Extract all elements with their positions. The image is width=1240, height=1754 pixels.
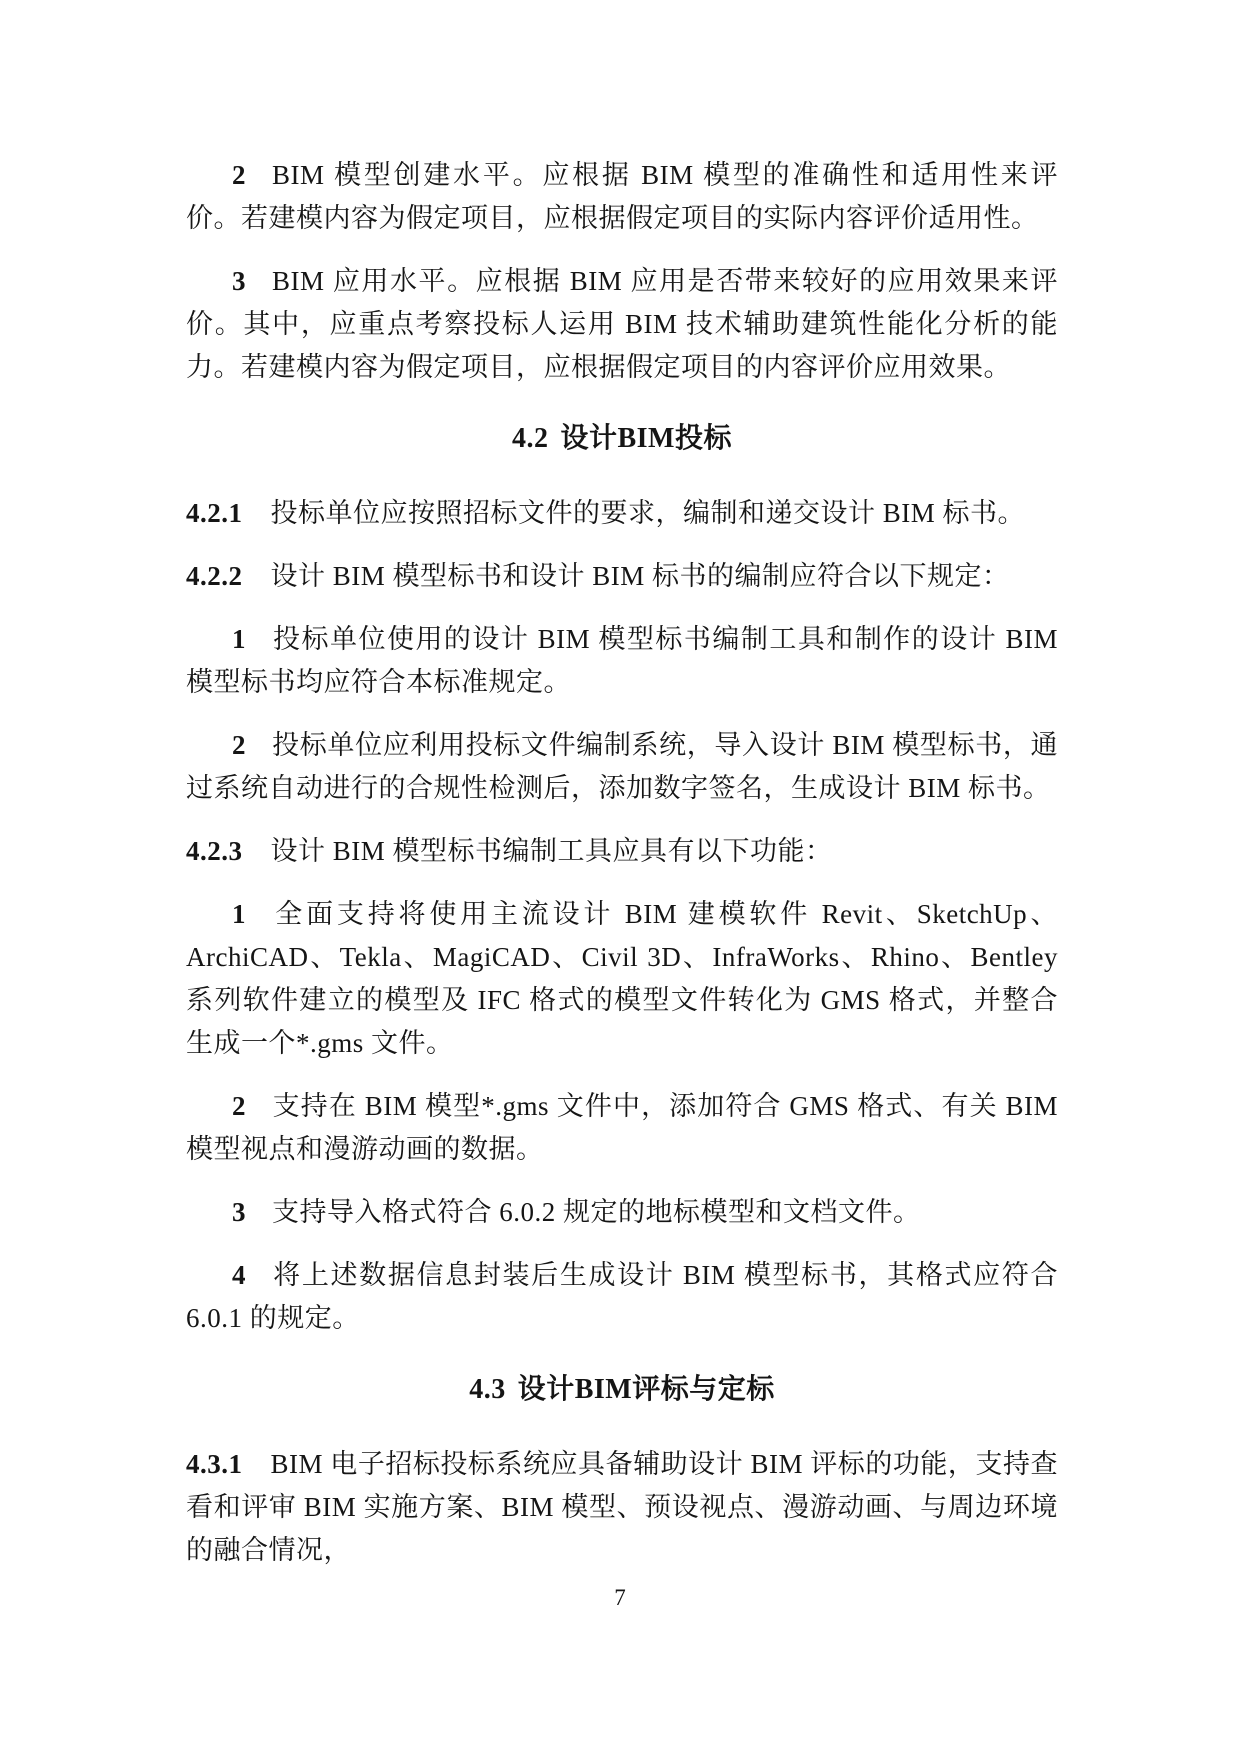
item-number: 4 — [232, 1260, 246, 1290]
paragraph-text: BIM 应用水平。应根据 BIM 应用是否带来较好的应用效果来评价。其中，应重点… — [186, 266, 1058, 382]
paragraph-text: 支持导入格式符合 6.0.2 规定的地标模型和文档文件。 — [272, 1197, 921, 1227]
item-number: 2 — [232, 730, 246, 760]
section-number: 4.2 — [512, 423, 549, 454]
paragraph-text: 支持在 BIM 模型*.gms 文件中，添加符合 GMS 格式、有关 BIM 模… — [186, 1091, 1058, 1164]
item-number: 1 — [232, 899, 246, 929]
paragraph-text: 投标单位应按照招标文件的要求，编制和递交设计 BIM 标书。 — [271, 498, 1026, 528]
section-title: 设计BIM投标 — [560, 423, 732, 454]
clause-paragraph: 4.3.1BIM 电子招标投标系统应具备辅助设计 BIM 评标的功能，支持查看和… — [186, 1443, 1058, 1572]
paragraph-text: 全面支持将使用主流设计 BIM 建模软件 Revit、SketchUp、Arch… — [186, 899, 1058, 1058]
section-heading: 4.3设计BIM评标与定标 — [186, 1368, 1058, 1411]
paragraph-text: BIM 模型创建水平。应根据 BIM 模型的准确性和适用性来评价。若建模内容为假… — [186, 160, 1058, 233]
clause-number: 4.2.2 — [186, 561, 243, 591]
numbered-item: 3支持导入格式符合 6.0.2 规定的地标模型和文档文件。 — [186, 1191, 1058, 1234]
paragraph-text: BIM 电子招标投标系统应具备辅助设计 BIM 评标的功能，支持查看和评审 BI… — [186, 1449, 1058, 1565]
numbered-item: 2投标单位应利用投标文件编制系统，导入设计 BIM 模型标书，通过系统自动进行的… — [186, 724, 1058, 810]
section-title: 设计BIM评标与定标 — [518, 1374, 775, 1405]
clause-paragraph: 4.2.2设计 BIM 模型标书和设计 BIM 标书的编制应符合以下规定： — [186, 555, 1058, 598]
item-number: 2 — [232, 1091, 246, 1121]
paragraph-text: 设计 BIM 模型标书和设计 BIM 标书的编制应符合以下规定： — [271, 561, 1010, 591]
page-footer: 7 — [0, 1583, 1240, 1613]
numbered-item: 2支持在 BIM 模型*.gms 文件中，添加符合 GMS 格式、有关 BIM … — [186, 1085, 1058, 1171]
numbered-item: 1全面支持将使用主流设计 BIM 建模软件 Revit、SketchUp、Arc… — [186, 893, 1058, 1065]
item-number: 2 — [232, 160, 246, 190]
item-number: 3 — [232, 1197, 246, 1227]
numbered-item: 3BIM 应用水平。应根据 BIM 应用是否带来较好的应用效果来评价。其中，应重… — [186, 260, 1058, 389]
paragraph-text: 设计 BIM 模型标书编制工具应具有以下功能： — [271, 836, 833, 866]
numbered-item: 4将上述数据信息封装后生成设计 BIM 模型标书，其格式应符合 6.0.1 的规… — [186, 1254, 1058, 1340]
numbered-item: 1投标单位使用的设计 BIM 模型标书编制工具和制作的设计 BIM 模型标书均应… — [186, 618, 1058, 704]
paragraph-text: 将上述数据信息封装后生成设计 BIM 模型标书，其格式应符合 6.0.1 的规定… — [186, 1260, 1058, 1333]
document-content: 2BIM 模型创建水平。应根据 BIM 模型的准确性和适用性来评价。若建模内容为… — [186, 0, 1058, 1592]
document-page: 2BIM 模型创建水平。应根据 BIM 模型的准确性和适用性来评价。若建模内容为… — [0, 0, 1240, 1754]
item-number: 3 — [232, 266, 246, 296]
section-heading: 4.2设计BIM投标 — [186, 417, 1058, 460]
item-number: 1 — [232, 624, 246, 654]
paragraph-text: 投标单位使用的设计 BIM 模型标书编制工具和制作的设计 BIM 模型标书均应符… — [186, 624, 1058, 697]
clause-number: 4.2.3 — [186, 836, 243, 866]
clause-paragraph: 4.2.3设计 BIM 模型标书编制工具应具有以下功能： — [186, 830, 1058, 873]
clause-number: 4.2.1 — [186, 498, 243, 528]
page-number: 7 — [614, 1585, 626, 1610]
paragraph-text: 投标单位应利用投标文件编制系统，导入设计 BIM 模型标书，通过系统自动进行的合… — [186, 730, 1058, 803]
clause-paragraph: 4.2.1投标单位应按照招标文件的要求，编制和递交设计 BIM 标书。 — [186, 492, 1058, 535]
clause-number: 4.3.1 — [186, 1449, 243, 1479]
numbered-item: 2BIM 模型创建水平。应根据 BIM 模型的准确性和适用性来评价。若建模内容为… — [186, 154, 1058, 240]
section-number: 4.3 — [469, 1374, 506, 1405]
